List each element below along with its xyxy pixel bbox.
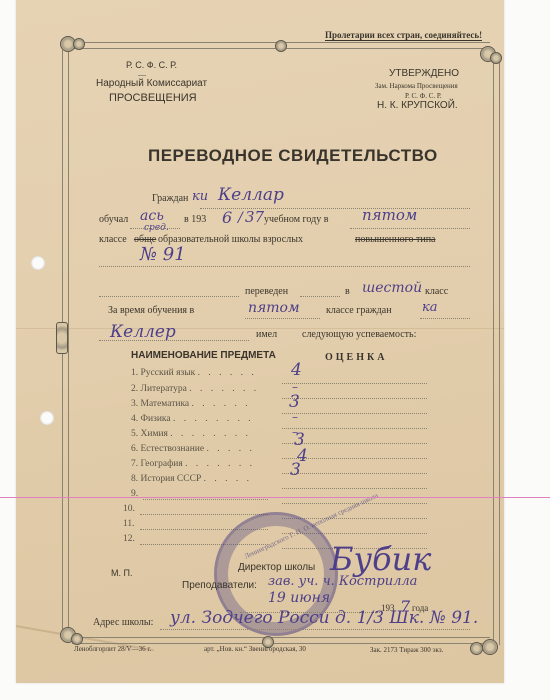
- footer-center: арт. „Нов. кн.“ Звенигородская, 30: [204, 645, 306, 653]
- year-start: 6: [222, 208, 232, 227]
- subject-row-3: 3. Математика . . . . . .: [131, 399, 251, 409]
- leader-dots: . . . . . .: [198, 368, 257, 378]
- slogan: Пролетарии всех стран, соединяйтесь!: [325, 30, 482, 41]
- frame-bottom-border: [72, 637, 490, 644]
- row-number: 12.: [123, 534, 135, 544]
- address-line: [160, 629, 470, 630]
- side-rose-ornament-icon: [56, 322, 68, 354]
- grade-line: [282, 413, 427, 414]
- row-number: 2.: [131, 384, 138, 394]
- grade-value: 3: [289, 392, 300, 412]
- header-divider: [138, 75, 146, 76]
- header-right-approved: УТВЕРЖДЕНО: [389, 68, 459, 79]
- leader-dots: . . . . . . . .: [170, 429, 251, 439]
- subject-row-11: 11.: [123, 519, 135, 529]
- director-signature: Бубик: [330, 540, 431, 578]
- citizen-suffix: ки: [192, 189, 208, 204]
- performance-label: следующую успеваемость:: [302, 329, 416, 340]
- class-citizen-label: классе граждан: [326, 305, 392, 316]
- scan-artifact-line: [0, 497, 550, 498]
- footer-left: Леноблгорлит 28/V—36 г.: [74, 645, 151, 653]
- subject-row-6: 6. Естествознание . . . . .: [131, 444, 255, 454]
- subject-row-4: 4. Физика . . . . . . . .: [131, 414, 254, 424]
- subject-header: НАИМЕНОВАНИЕ ПРЕДМЕТА: [131, 350, 276, 361]
- grade-value: 3: [290, 460, 301, 480]
- header-right-republic: Р. С. Ф. С. Р.: [405, 92, 442, 100]
- studied-line: [130, 228, 180, 229]
- subject-row-5: 5. Химия . . . . . . . .: [131, 429, 251, 439]
- leader-dots: . . . . .: [204, 474, 252, 484]
- header-right-by-line: Зам. Наркома Просвещения: [375, 82, 458, 90]
- address-value: ул. Зодчего Росси д. 1/3 Шк. № 91.: [170, 608, 478, 628]
- row-number: 5.: [131, 429, 138, 439]
- grade-header: ОЦЕНКА: [325, 352, 387, 363]
- grade-line: [282, 398, 427, 399]
- in-label: в: [345, 286, 350, 297]
- leader-dots: . . . . . . .: [185, 459, 255, 469]
- grade-line: [282, 473, 427, 474]
- grade-line: [282, 383, 427, 384]
- row-number: 3.: [131, 399, 138, 409]
- school-number: № 91: [140, 244, 186, 265]
- leader-dots: . . . . . . .: [189, 384, 259, 394]
- studied-label: обучал: [99, 214, 128, 225]
- center-rose-ornament-icon: [275, 40, 287, 52]
- row-number: 7.: [131, 459, 138, 469]
- subject-blank-line: [140, 514, 268, 515]
- subject-name: География: [141, 459, 183, 469]
- citizen-label: Граждан: [152, 193, 188, 204]
- citizen-name-2-line: [99, 340, 249, 341]
- header-left-department: ПРОСВЕЩЕНИЯ: [109, 92, 197, 104]
- in-year-label: в 193: [184, 214, 206, 225]
- row-number: 10.: [123, 504, 135, 514]
- grade-value: 4: [291, 360, 302, 380]
- had-label: имел: [256, 329, 277, 340]
- teachers-label: Преподаватели:: [182, 580, 257, 591]
- header-left-republic: Р. С. Ф. С. Р.: [126, 60, 177, 70]
- subject-name: Литература: [141, 384, 187, 394]
- header-left-commissariat: Народный Комиссариат: [96, 78, 207, 89]
- subject-name: История СССР: [141, 474, 202, 484]
- subject-blank-line: [143, 499, 268, 500]
- subject-row-8: 8. История СССР . . . . .: [131, 474, 252, 484]
- subject-row-7: 7. География . . . . . . .: [131, 459, 255, 469]
- year-separator: /: [238, 210, 243, 226]
- class-label-2: класс: [425, 286, 448, 297]
- transferred-label: переведен: [245, 286, 288, 297]
- row-number: 8.: [131, 474, 138, 484]
- subject-name: Физика: [141, 414, 171, 424]
- grade-line: [282, 488, 427, 489]
- row-number: 4.: [131, 414, 138, 424]
- corner-rose-ornament-icon: [482, 639, 498, 655]
- class-citizen-line: [420, 318, 470, 319]
- studied-suffix: ась: [140, 208, 164, 224]
- transferred-line: [300, 296, 340, 297]
- grade-during-line: [245, 318, 320, 319]
- citizen-name: Келлар: [218, 185, 284, 205]
- corner-rose-ornament-icon: [490, 52, 502, 64]
- citizen-name-line: [200, 208, 470, 209]
- grade-line: [282, 428, 427, 429]
- subject-name: Русский язык: [141, 368, 196, 378]
- subject-name: Естествознание: [141, 444, 205, 454]
- school-number-line: [99, 266, 470, 267]
- leader-dots: . . . . .: [206, 444, 254, 454]
- date-handwritten: 19 июня: [268, 590, 330, 606]
- address-label: Адрес школы:: [93, 617, 153, 628]
- school-type-struck-2: повышенного типа: [355, 234, 436, 245]
- row-number: 1.: [131, 368, 138, 378]
- header-right-name: Н. К. КРУПСКОЙ.: [377, 100, 458, 111]
- grade-from: пятом: [362, 206, 417, 224]
- subject-name: Химия: [141, 429, 168, 439]
- class-citizen-suffix: ка: [422, 300, 438, 315]
- seal-label: М. П.: [111, 568, 132, 578]
- director-label: Директор школы: [238, 562, 315, 573]
- subject-name: Математика: [141, 399, 190, 409]
- row-number: 6.: [131, 444, 138, 454]
- frame-right-border: [493, 55, 500, 645]
- transferred-blank-line: [99, 296, 239, 297]
- corner-rose-ornament-icon: [71, 633, 83, 645]
- punch-hole-bottom: [40, 411, 54, 425]
- during-label: За время обучения в: [108, 305, 194, 316]
- subject-row-10: 10.: [123, 504, 135, 514]
- citizen-name-2: Келлер: [110, 322, 176, 342]
- academic-year-label: учебном году в: [264, 214, 328, 225]
- leader-dots: . . . . . . . .: [173, 414, 254, 424]
- corner-rose-ornament-icon: [73, 38, 85, 50]
- leader-dots: . . . . . .: [192, 399, 251, 409]
- class-label: классе: [99, 234, 127, 245]
- grade-during: пятом: [248, 300, 300, 316]
- subject-row-2: 2. Литература . . . . . . .: [131, 384, 259, 394]
- punch-hole-top: [31, 256, 45, 270]
- grade-from-line: [350, 228, 470, 229]
- year-end: 37: [245, 208, 264, 226]
- grade-to: шестой: [362, 280, 422, 296]
- teacher-signature: зав. уч. ч. Кострилла: [268, 574, 417, 589]
- subject-row-12: 12.: [123, 534, 135, 544]
- footer-right: Зак. 2173 Тираж 300 экз.: [370, 646, 443, 654]
- document-title: ПЕРЕВОДНОЕ СВИДЕТЕЛЬСТВО: [148, 146, 438, 166]
- subject-row-1: 1. Русский язык . . . . . .: [131, 368, 257, 378]
- corner-rose-ornament-icon: [470, 642, 483, 655]
- row-number: 11.: [123, 519, 135, 529]
- grade-value: –: [292, 410, 298, 424]
